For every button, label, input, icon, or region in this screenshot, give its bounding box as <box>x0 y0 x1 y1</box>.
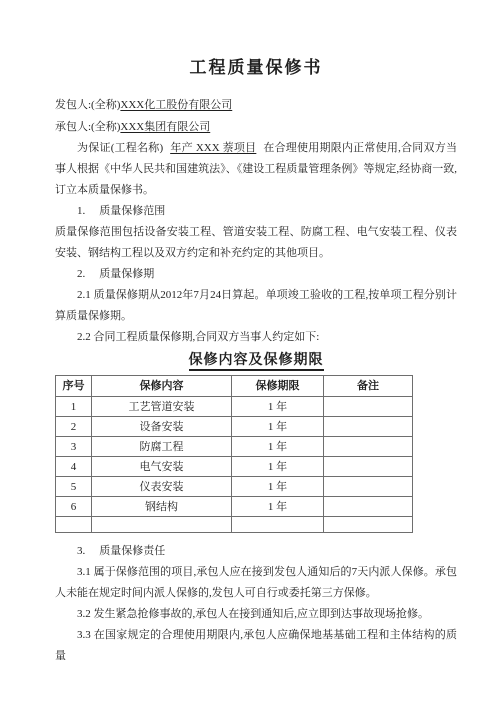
section-2-heading: 2.质量保修期 <box>55 264 457 285</box>
cell-remark <box>324 517 413 533</box>
project-name-blank: 年产 XXX 萘项目 <box>163 142 263 154</box>
cell-period: 1 年 <box>232 397 324 417</box>
warranty-table-header-row: 序号 保修内容 保修期限 备注 <box>56 376 413 397</box>
document-page: 工程质量保修书 发包人:(全称)XXX化工股份有限公司 承包人:(全称)XXX集… <box>0 0 499 706</box>
clause-3-1: 3.1 属于保修范围的项目,承包人应在接到发包人通知后的7天内派人保修。承包人未… <box>55 562 457 604</box>
section-1-heading: 1.质量保修范围 <box>55 201 457 222</box>
header-cell-content: 保修内容 <box>92 376 232 397</box>
section-2-title: 质量保修期 <box>99 268 154 280</box>
clause-3-2: 3.2 发生紧急抢修事故的,承包人在接到通知后,应立即到达事故现场抢修。 <box>55 604 457 625</box>
employer-line: 发包人:(全称)XXX化工股份有限公司 <box>55 94 457 116</box>
section-2-number: 2. <box>77 268 85 280</box>
cell-index: 2 <box>56 417 92 437</box>
cell-index <box>56 517 92 533</box>
table-row: 4 电气安装 1 年 <box>56 457 413 477</box>
cell-remark <box>324 477 413 497</box>
table-row: 6 钢结构 1 年 <box>56 497 413 517</box>
contractor-name: XXX集团有限公司 <box>120 121 210 133</box>
table-row: 2 设备安装 1 年 <box>56 417 413 437</box>
document-content: 工程质量保修书 发包人:(全称)XXX化工股份有限公司 承包人:(全称)XXX集… <box>0 0 499 667</box>
header-cell-period: 保修期限 <box>232 376 324 397</box>
intro-paragraph: 为保证(工程名称)年产 XXX 萘项目在合理使用期限内正常使用,合同双方当事人根… <box>55 138 457 201</box>
table-row-empty <box>56 517 413 533</box>
clause-3-3: 3.3 在国家规定的合理使用期限内,承包人应确保地基基础工程和主体结构的质量 <box>55 625 457 667</box>
section-1-title: 质量保修范围 <box>99 205 165 217</box>
warranty-table-caption: 保修内容及保修期限 <box>55 351 457 371</box>
document-title: 工程质量保修书 <box>55 57 457 79</box>
employer-label: 发包人:(全称) <box>55 99 120 111</box>
warranty-table: 序号 保修内容 保修期限 备注 1 工艺管道安装 1 年 2 设备安装 1 年 … <box>55 375 413 533</box>
section-1-body: 质量保修范围包括设备安装工程、管道安装工程、防腐工程、电气安装工程、仪表安装、钢… <box>55 222 457 264</box>
contractor-label: 承包人:(全称) <box>55 121 120 133</box>
table-row: 1 工艺管道安装 1 年 <box>56 397 413 417</box>
section-3-heading: 3.质量保修责任 <box>55 541 457 562</box>
clause-2-1: 2.1 质量保修期从2012年7月24日算起。单项竣工验收的工程,按单项工程分别… <box>55 285 457 327</box>
cell-period <box>232 517 324 533</box>
cell-index: 5 <box>56 477 92 497</box>
cell-period: 1 年 <box>232 417 324 437</box>
intro-prefix: 为保证(工程名称) <box>77 142 163 154</box>
cell-remark <box>324 457 413 477</box>
cell-period: 1 年 <box>232 477 324 497</box>
table-row: 5 仪表安装 1 年 <box>56 477 413 497</box>
cell-remark <box>324 437 413 457</box>
cell-content: 仪表安装 <box>92 477 232 497</box>
cell-content <box>92 517 232 533</box>
parties-block: 发包人:(全称)XXX化工股份有限公司 承包人:(全称)XXX集团有限公司 <box>55 94 457 138</box>
clause-2-2: 2.2 合同工程质量保修期,合同双方当事人约定如下: <box>55 327 457 348</box>
header-cell-remark: 备注 <box>324 376 413 397</box>
cell-period: 1 年 <box>232 497 324 517</box>
cell-content: 钢结构 <box>92 497 232 517</box>
cell-content: 防腐工程 <box>92 437 232 457</box>
cell-remark <box>324 397 413 417</box>
cell-content: 电气安装 <box>92 457 232 477</box>
cell-remark <box>324 417 413 437</box>
cell-content: 工艺管道安装 <box>92 397 232 417</box>
cell-period: 1 年 <box>232 437 324 457</box>
cell-index: 4 <box>56 457 92 477</box>
table-row: 3 防腐工程 1 年 <box>56 437 413 457</box>
section-1-number: 1. <box>77 205 85 217</box>
employer-name: XXX化工股份有限公司 <box>120 99 232 111</box>
section-3-title: 质量保修责任 <box>99 545 165 557</box>
cell-index: 3 <box>56 437 92 457</box>
section-3-number: 3. <box>77 545 85 557</box>
header-cell-index: 序号 <box>56 376 92 397</box>
cell-remark <box>324 497 413 517</box>
cell-index: 1 <box>56 397 92 417</box>
contractor-line: 承包人:(全称)XXX集团有限公司 <box>55 116 457 138</box>
cell-period: 1 年 <box>232 457 324 477</box>
cell-index: 6 <box>56 497 92 517</box>
cell-content: 设备安装 <box>92 417 232 437</box>
